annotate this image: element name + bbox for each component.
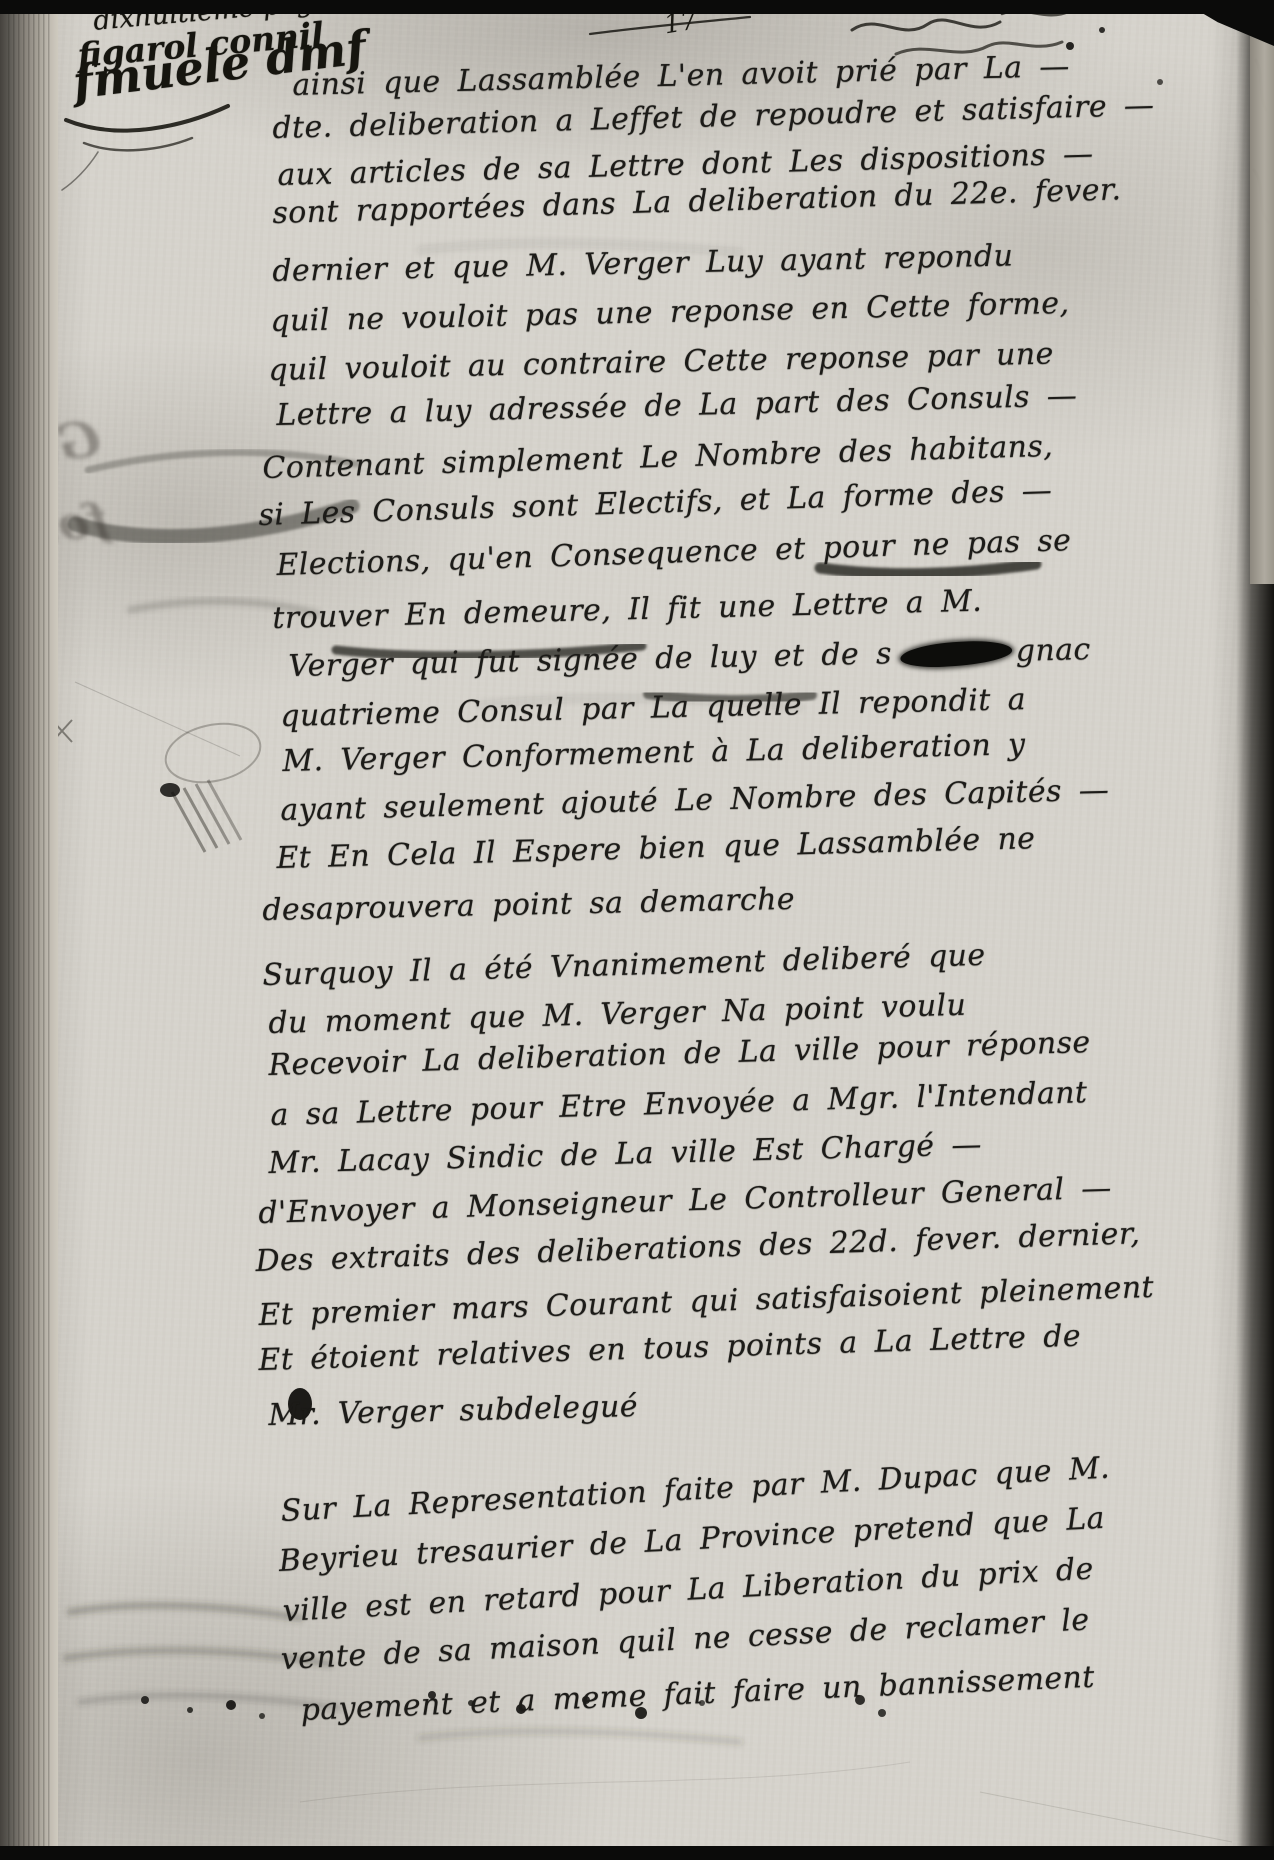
facing-page-sliver [1250,24,1274,584]
scan-top-edge [0,0,1274,14]
page-edge-stack [8,0,50,1860]
ink-blot [899,639,1012,669]
manuscript-line-text: gnac [1015,632,1091,669]
scan-bottom-edge [0,1846,1274,1860]
manuscript-scan: Guyres forrou 17 dixhuitieme page figaro… [0,0,1274,1860]
